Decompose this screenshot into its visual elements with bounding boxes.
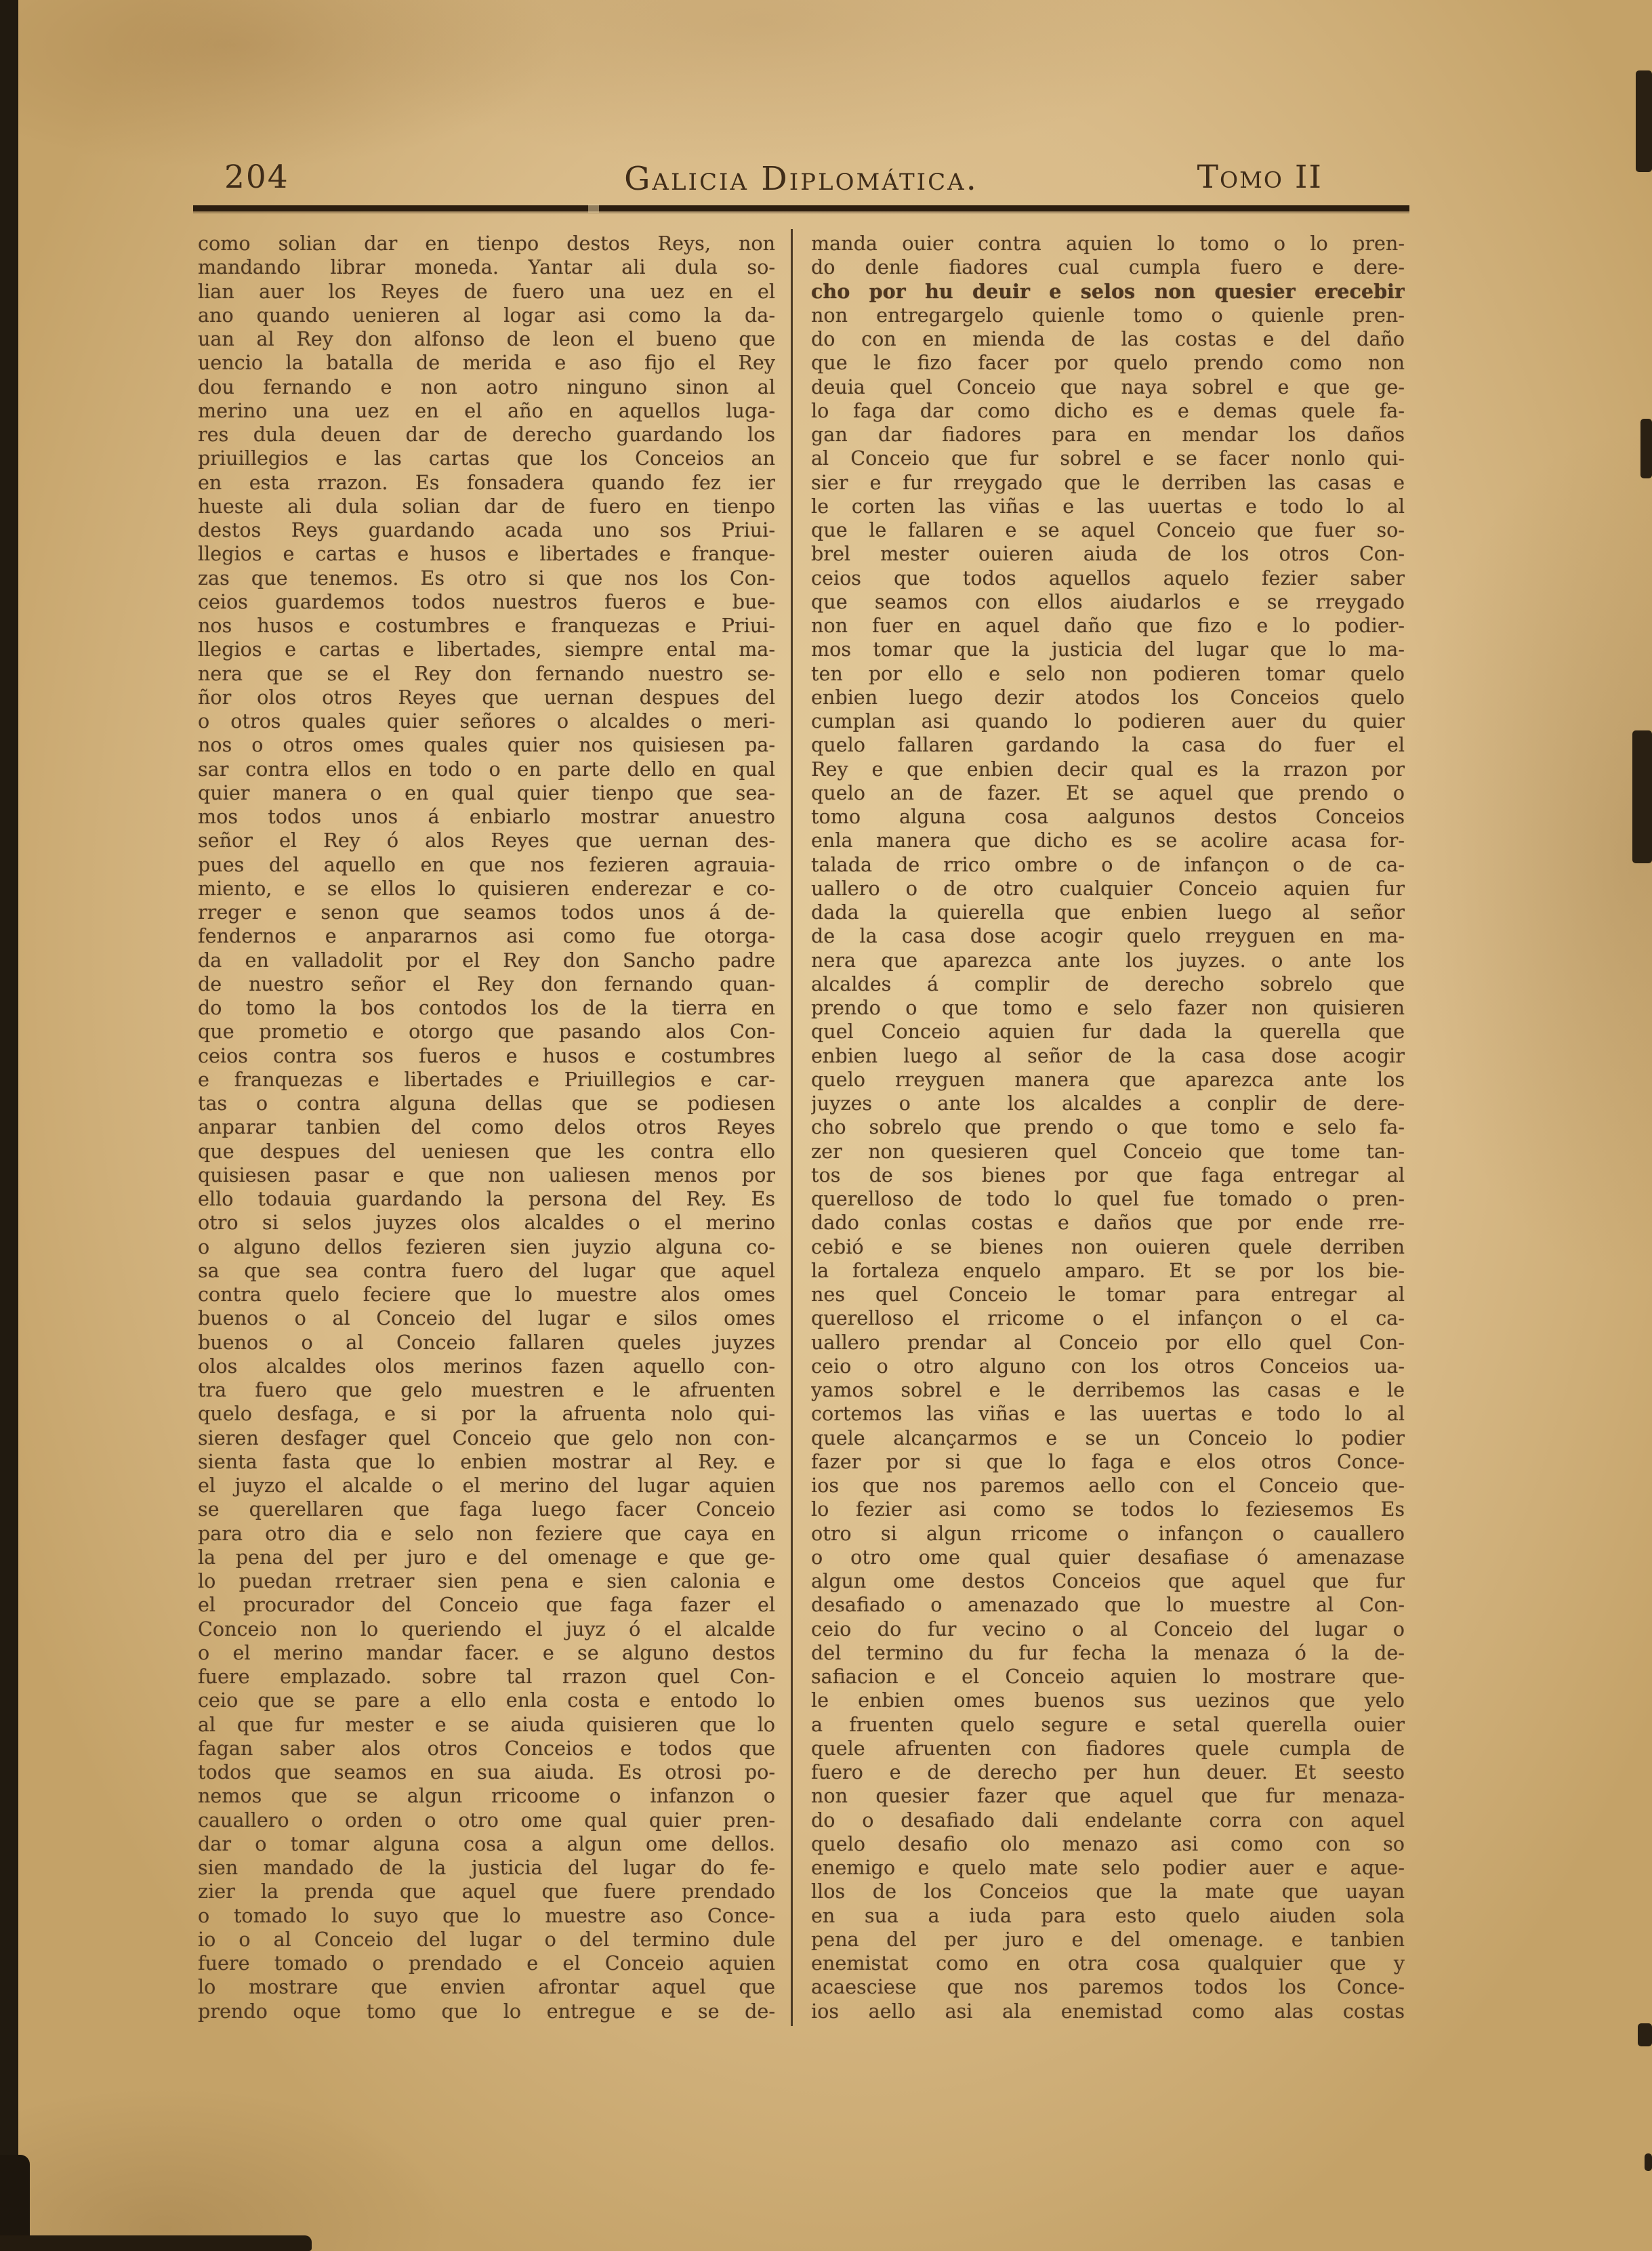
text-line: brel mester ouieren aiuda de los otros C… (811, 542, 1405, 566)
text-line: dado conlas costas e daños que por ende … (811, 1211, 1405, 1235)
text-line: cho por hu deuir e selos non quesier ere… (811, 280, 1405, 304)
page-header: 204 Galicia Diplomática. Tomo II (193, 154, 1409, 207)
text-line: sieren desfager quel Conceio que gelo no… (198, 1426, 775, 1450)
text-line: la fortaleza enquelo amparo. Et se por l… (811, 1259, 1405, 1283)
text-line: al que fur mester e se aiuda quisieren q… (198, 1713, 775, 1737)
text-line: do o desafiado dali endelante corra con … (811, 1809, 1405, 1832)
text-line: zier la prenda que aquel que fuere prend… (198, 1880, 775, 1903)
text-line: a fruenten quelo segure e setal querella… (811, 1713, 1405, 1737)
right-text-column: manda ouier contra aquien lo tomo o lo p… (811, 232, 1405, 2023)
text-line: ceios contra sos fueros e husos e costum… (198, 1044, 775, 1068)
text-line: tra fuero que gelo muestren e le afruent… (198, 1378, 775, 1402)
text-line: pena del per juro e del omenage. e tanbi… (811, 1928, 1405, 1951)
text-line: fazer por si que lo faga e elos otros Co… (811, 1450, 1405, 1474)
text-line: lo faga dar como dicho es e demas quele … (811, 399, 1405, 423)
text-line: mos tomar que la justicia del lugar que … (811, 638, 1405, 661)
text-line: safiacion e el Conceio aquien lo mostrar… (811, 1665, 1405, 1689)
text-line: ten por ello e selo non podieren tomar q… (811, 662, 1405, 686)
text-line: yamos sobrel e le derribemos las casas e… (811, 1378, 1405, 1402)
text-line: ello todauia guardando la persona del Re… (198, 1187, 775, 1211)
text-line: ceios guardemos todos nuestros fueros e … (198, 590, 775, 614)
text-line: prendo o que tomo e selo fazer non quisi… (811, 996, 1405, 1020)
scan-edge-mark (1632, 730, 1652, 863)
text-line: cauallero o orden o otro ome qual quier … (198, 1809, 775, 1832)
text-line: como solian dar en tienpo destos Reys, n… (198, 232, 775, 255)
text-line: o tomado lo suyo que lo muestre aso Conc… (198, 1904, 775, 1928)
text-line: del termino du fur fecha la menaza ó la … (811, 1641, 1405, 1665)
column-divider (791, 229, 793, 2026)
text-line: quelo fallaren gardando la casa do fuer … (811, 733, 1405, 757)
scan-edge-mark (1645, 2153, 1652, 2171)
text-line: dou fernando e non aotro ninguno sinon a… (198, 375, 775, 399)
text-line: talada de rrico ombre o de infançon o de… (811, 853, 1405, 877)
text-line: en esta rrazon. Es fonsadera quando fez … (198, 471, 775, 495)
text-line: ios aello asi ala enemistad como alas co… (811, 2000, 1405, 2023)
text-line: acaesciese que nos paremos todos los Con… (811, 1975, 1405, 1999)
text-line: fendernos e anpararnos asi como fue otor… (198, 924, 775, 948)
text-line: anparar tanbien del como delos otros Rey… (198, 1115, 775, 1139)
text-line: non fuer en aquel daño que fizo e lo pod… (811, 614, 1405, 638)
text-line: nes quel Conceio le tomar para entregar … (811, 1283, 1405, 1306)
text-line: juyzes o ante los alcaldes a conplir de … (811, 1092, 1405, 1115)
text-line: quele alcançarmos e se un Conceio lo pod… (811, 1426, 1405, 1450)
text-line: le enbien omes buenos sus uezinos que ye… (811, 1689, 1405, 1712)
text-line: miento, e se ellos lo quisieren endereza… (198, 877, 775, 901)
text-line: non entregargelo quienle tomo o quienle … (811, 304, 1405, 327)
text-line: quelo rreyguen manera que aparezca ante … (811, 1068, 1405, 1092)
text-line: de nuestro señor el Rey don fernando qua… (198, 972, 775, 996)
scan-edge-shadow-bottom (0, 2235, 312, 2251)
text-line: uallero prendar al Conceio por ello quel… (811, 1331, 1405, 1355)
text-line: rreger e senon que seamos todos unos á d… (198, 901, 775, 924)
text-line: io o al Conceio del lugar o del termino … (198, 1928, 775, 1951)
text-line: que le fallaren e se aquel Conceio que f… (811, 518, 1405, 542)
text-line: enbien luego al señor de la casa dose ac… (811, 1044, 1405, 1068)
text-line: el procurador del Conceio que faga fazer… (198, 1593, 775, 1617)
text-line: enemistat como en otra cosa qualquier qu… (811, 1951, 1405, 1975)
text-line: deuia quel Conceio que naya sobrel e que… (811, 375, 1405, 399)
text-line: do tomo la bos contodos los de la tierra… (198, 996, 775, 1020)
text-line: prendo oque tomo que lo entregue e se de… (198, 2000, 775, 2023)
volume-label: Tomo II (1197, 159, 1323, 196)
text-line: para otro dia e selo non feziere que cay… (198, 1522, 775, 1546)
text-line: fuere tomado o prendado e el Conceio aqu… (198, 1951, 775, 1975)
text-line: llos de los Conceios que la mate que uay… (811, 1880, 1405, 1903)
text-line: que le fizo facer por quelo prendo como … (811, 351, 1405, 375)
text-line: cumplan asi quando lo podieren auer du q… (811, 709, 1405, 733)
text-line: o otro ome qual quier desafiase ó amenaz… (811, 1546, 1405, 1569)
text-line: que prometio e otorgo que pasando alos C… (198, 1020, 775, 1044)
scan-edge-mark (1638, 2023, 1652, 2046)
text-line: do con en mienda de las costas e del dañ… (811, 327, 1405, 351)
text-line: uan al Rey don alfonso de leon el bueno … (198, 327, 775, 351)
text-line: o otros quales quier señores o alcaldes … (198, 709, 775, 733)
text-line: enbien luego dezir atodos los Conceios q… (811, 686, 1405, 709)
text-line: lo fezier asi como se todos lo feziesemo… (811, 1498, 1405, 1521)
text-line: que seamos con ellos aiudarlos e se rrey… (811, 590, 1405, 614)
text-line: Rey e que enbien decir qual es la rrazon… (811, 758, 1405, 781)
text-line: o alguno dellos fezieren sien juyzio alg… (198, 1235, 775, 1259)
text-line: sier e fur rreygado que le derriben las … (811, 471, 1405, 495)
text-line: quelo desafio olo menazo asi como con so (811, 1832, 1405, 1856)
text-line: da en valladolit por el Rey don Sancho p… (198, 949, 775, 972)
text-line: desafiado o amenazado que lo muestre al … (811, 1593, 1405, 1617)
text-line: ano quando uenieren al logar asi como la… (198, 304, 775, 327)
text-line: quier manera o en qual quier tienpo que … (198, 781, 775, 805)
text-line: sa que sea contra fuero del lugar que aq… (198, 1259, 775, 1283)
scanned-book-page: { "page": { "paper_color": "#d9bb89", "i… (0, 0, 1652, 2251)
text-line: otro si algun rricome o infançon o caual… (811, 1522, 1405, 1546)
text-line: do denle fiadores cual cumpla fuero e de… (811, 255, 1405, 279)
text-line: dar o tomar alguna cosa a algun ome dell… (198, 1832, 775, 1856)
text-line: non quesier fazer que aquel que fur mena… (811, 1784, 1405, 1808)
text-line: cortemos las viñas e las uuertas e todo … (811, 1402, 1405, 1426)
text-line: algun ome destos Conceios que aquel que … (811, 1569, 1405, 1593)
text-line: quelo an de fazer. Et se aquel que prend… (811, 781, 1405, 805)
text-line: señor el Rey ó alos Reyes que uernan des… (198, 829, 775, 852)
text-line: que despues del ueniesen que les contra … (198, 1140, 775, 1163)
text-line: hueste ali dula solian dar de fuero en t… (198, 495, 775, 518)
scan-edge-shadow-left (0, 0, 18, 2251)
text-line: zer non quesieren quel Conceio que tome … (811, 1140, 1405, 1163)
text-line: tas o contra alguna dellas que se podies… (198, 1092, 775, 1115)
text-line: en sua a iuda para esto quelo aiuden sol… (811, 1904, 1405, 1928)
text-line: res dula deuen dar de derecho guardando … (198, 423, 775, 447)
text-line: gan dar fiadores para en mendar los daño… (811, 423, 1405, 447)
text-line: ios que nos paremos aello con el Conceio… (811, 1474, 1405, 1498)
header-rule (193, 205, 1409, 211)
text-line: querelloso el rricome o el infançon o el… (811, 1306, 1405, 1330)
text-line: nera que se el Rey don fernando nuestro … (198, 662, 775, 686)
text-line: pues del aquello en que nos fezieren agr… (198, 853, 775, 877)
text-line: fuero e de derecho per hun deuer. Et see… (811, 1760, 1405, 1784)
text-line: mos todos unos á enbiarlo mostrar anuest… (198, 805, 775, 829)
text-line: ceio que se pare a ello enla costa e ent… (198, 1689, 775, 1712)
text-line: ceio do fur vecino o al Conceio del luga… (811, 1617, 1405, 1641)
text-line: todos que seamos en sua aiuda. Es otrosi… (198, 1760, 775, 1784)
text-line: tos de sos bienes por que faga entregar … (811, 1163, 1405, 1187)
left-text-column: como solian dar en tienpo destos Reys, n… (198, 232, 775, 2023)
text-line: enemigo e quelo mate selo podier auer e … (811, 1856, 1405, 1880)
text-line: lian auer los Reyes de fuero una uez en … (198, 280, 775, 304)
text-line: el juyzo el alcalde o el merino del luga… (198, 1474, 775, 1498)
text-line: quel Conceio aquien fur dada la querella… (811, 1020, 1405, 1044)
text-line: Conceio non lo queriendo el juyz ó el al… (198, 1617, 775, 1641)
text-line: la pena del per juro e del omenage e que… (198, 1546, 775, 1569)
text-line: sienta fasta que lo enbien mostrar al Re… (198, 1450, 775, 1474)
text-line: nera que aparezca ante los juyzes. o ant… (811, 949, 1405, 972)
text-line: uallero o de otro cualquier Conceio aqui… (811, 877, 1405, 901)
text-line: llegios e cartas e husos e libertades e … (198, 542, 775, 566)
scan-edge-mark (1636, 70, 1652, 172)
text-line: mandando librar moneda. Yantar ali dula … (198, 255, 775, 279)
text-line: cho sobrelo que prendo o que tomo e selo… (811, 1115, 1405, 1139)
text-line: contra quelo feciere que lo muestre alos… (198, 1283, 775, 1306)
text-line: alcaldes á complir de derecho sobrelo qu… (811, 972, 1405, 996)
text-line: otro si selos juyzes olos alcaldes o el … (198, 1211, 775, 1235)
text-line: quele afruenten con fiadores quele cumpl… (811, 1737, 1405, 1760)
text-line: zas que tenemos. Es otro si que nos los … (198, 566, 775, 590)
text-line: le corten las viñas e las uuertas e todo… (811, 495, 1405, 518)
text-line: lo puedan rretraer sien pena e sien calo… (198, 1569, 775, 1593)
text-line: manda ouier contra aquien lo tomo o lo p… (811, 232, 1405, 255)
text-line: dada la quierella que enbien luego al se… (811, 901, 1405, 924)
text-line: fagan saber alos otros Conceios e todos … (198, 1737, 775, 1760)
text-line: sar contra ellos en todo o en parte dell… (198, 758, 775, 781)
text-line: nos o otros omes quales quier nos quisie… (198, 733, 775, 757)
text-line: nemos que se algun rricoome o infanzon o (198, 1784, 775, 1808)
text-line: tomo alguna cosa aalgunos destos Conceio… (811, 805, 1405, 829)
text-line: cebió e se bienes non ouieren quele derr… (811, 1235, 1405, 1259)
text-line: quelo desfaga, e si por la afruenta nolo… (198, 1402, 775, 1426)
text-line: ñor olos otros Reyes que uernan despues … (198, 686, 775, 709)
text-line: o el merino mandar facer. e se alguno de… (198, 1641, 775, 1665)
text-line: enla manera que dicho es se acolire acas… (811, 829, 1405, 852)
text-line: buenos o al Conceio fallaren queles juyz… (198, 1331, 775, 1355)
text-line: fuere emplazado. sobre tal rrazon quel C… (198, 1665, 775, 1689)
text-line: ceios que todos aquellos aquelo fezier s… (811, 566, 1405, 590)
text-line: quisiesen pasar e que non ualiesen menos… (198, 1163, 775, 1187)
text-line: priuillegios e las cartas que los Concei… (198, 447, 775, 470)
text-line: lo mostrare que envien afrontar aquel qu… (198, 1975, 775, 1999)
text-line: buenos o al Conceio del lugar e silos om… (198, 1306, 775, 1330)
header-rule-gap (588, 204, 599, 213)
text-line: se querellaren que faga luego facer Conc… (198, 1498, 775, 1521)
text-line: destos Reys guardando acada uno sos Priu… (198, 518, 775, 542)
text-line: ceio o otro alguno con los otros Conceio… (811, 1355, 1405, 1378)
scan-edge-mark (1640, 419, 1652, 478)
text-line: e franquezas e libertades e Priuillegios… (198, 1068, 775, 1092)
text-line: al Conceio que fur sobrel e se facer non… (811, 447, 1405, 470)
text-line: sien mandado de la justicia del lugar do… (198, 1856, 775, 1880)
text-line: olos alcaldes olos merinos fazen aquello… (198, 1355, 775, 1378)
text-line: llegios e cartas e libertades, siempre e… (198, 638, 775, 661)
text-line: merino una uez en el año en aquellos lug… (198, 399, 775, 423)
text-line: uencio la batalla de merida e aso fijo e… (198, 351, 775, 375)
text-line: nos husos e costumbres e franquezas e Pr… (198, 614, 775, 638)
text-line: de la casa dose acogir quelo rreyguen en… (811, 924, 1405, 948)
text-line: querelloso de todo lo quel fue tomado o … (811, 1187, 1405, 1211)
